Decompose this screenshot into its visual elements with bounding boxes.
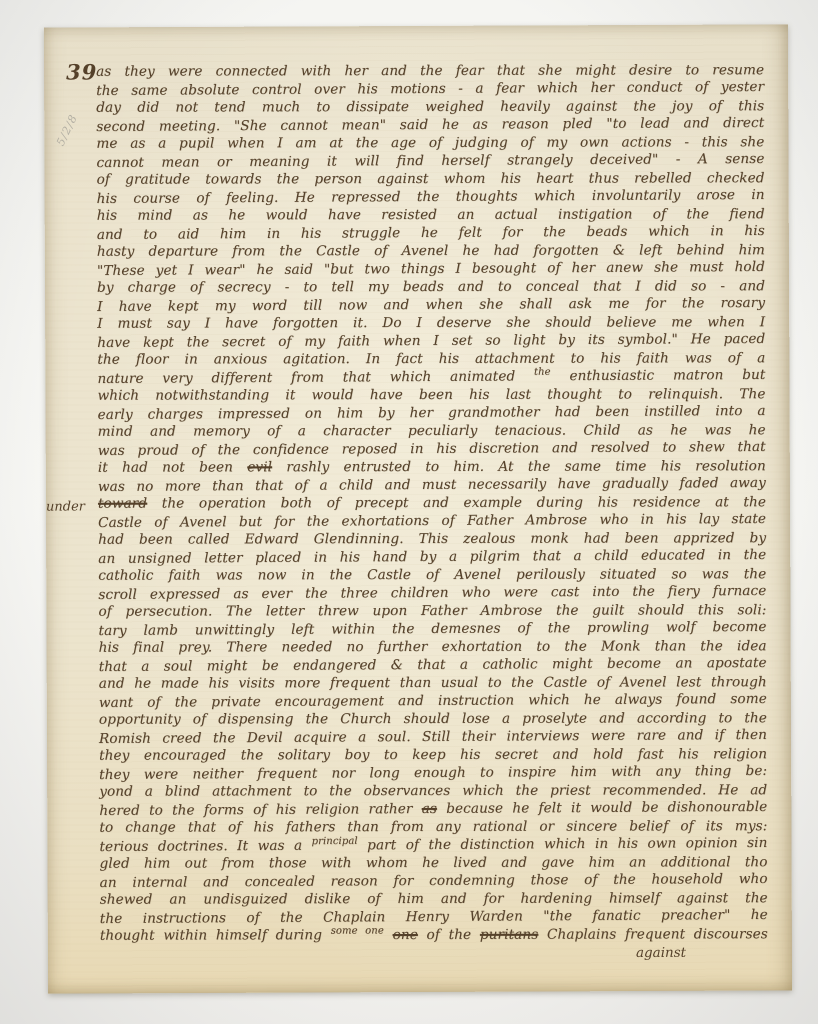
page-number: 39: [66, 59, 97, 84]
manuscript-page: 39 5/2/8 under as they were connected wi…: [44, 24, 792, 993]
pencil-shelfmark-note: 5/2/8: [54, 112, 80, 148]
manuscript-photo: 39 5/2/8 under as they were connected wi…: [0, 0, 818, 1024]
manuscript-line: thought within himself during some one o…: [100, 925, 768, 945]
margin-correction-note: under: [46, 499, 85, 514]
catchword: against: [636, 945, 686, 961]
handwritten-text-block: as they were connected with her and the …: [96, 60, 768, 945]
